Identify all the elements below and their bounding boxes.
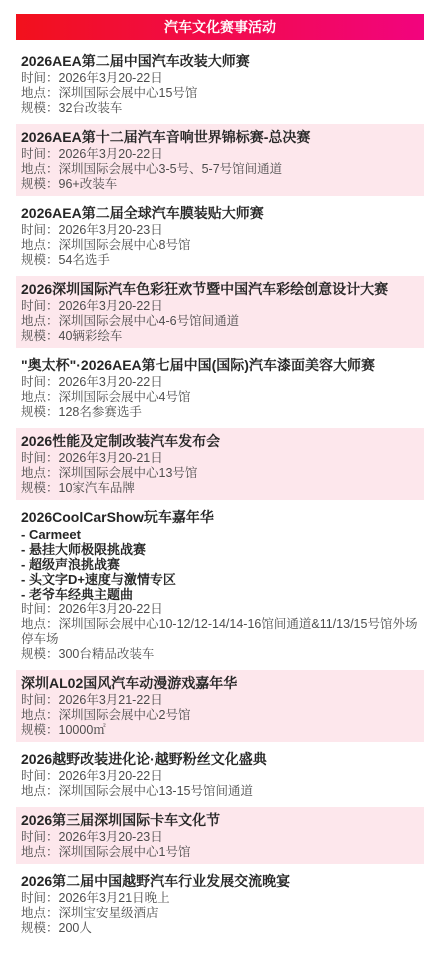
location-label: 地点： [21,906,59,920]
time-label: 时间： [21,602,59,616]
event-scale-row: 规模：128名参赛选手 [21,405,419,420]
event-block: 2026CoolCarShow玩车嘉年华 - Carmeet - 悬挂大师极限挑… [16,504,424,666]
location-label: 地点： [21,466,59,480]
location-label: 地点： [21,86,59,100]
scale-label: 规模： [21,177,59,191]
scale-value: 300台精品改装车 [59,647,155,661]
event-title: 2026深圳国际汽车色彩狂欢节暨中国汽车彩绘创意设计大赛 [21,280,419,298]
location-value: 深圳国际会展中心10-12/12-14/14-16馆间通道&11/13/15号馆… [21,617,417,646]
scale-label: 规模： [21,405,59,419]
event-block: 2026AEA第十二届汽车音响世界锦标赛-总决赛 时间：2026年3月20-22… [16,124,424,196]
event-bullet: - 超级声浪挑战赛 [21,557,419,572]
event-time-row: 时间：2026年3月20-23日 [21,223,419,238]
time-value: 2026年3月20-21日 [59,451,163,465]
time-value: 2026年3月20-22日 [59,147,163,161]
time-label: 时间： [21,693,59,707]
page: 汽车文化赛事活动 2026AEA第二届中国汽车改装大师赛 时间：2026年3月2… [0,0,440,958]
scale-value: 128名参赛选手 [59,405,142,419]
event-location-row: 地点：深圳国际会展中心2号馆 [21,708,419,723]
event-location-row: 地点：深圳国际会展中心13-15号馆间通道 [21,784,419,799]
location-label: 地点： [21,617,59,631]
event-title: 2026AEA第二届全球汽车膜装贴大师赛 [21,204,419,222]
time-label: 时间： [21,299,59,313]
page-header-banner: 汽车文化赛事活动 [16,14,424,40]
scale-label: 规模： [21,723,59,737]
time-label: 时间： [21,769,59,783]
location-label: 地点： [21,784,59,798]
event-title: 2026性能及定制改装汽车发布会 [21,432,419,450]
scale-label: 规模： [21,253,59,267]
event-time-row: 时间：2026年3月20-23日 [21,830,419,845]
time-value: 2026年3月20-22日 [59,299,163,313]
event-scale-row: 规模：32台改装车 [21,101,419,116]
event-location-row: 地点：深圳国际会展中心13号馆 [21,466,419,481]
event-time-row: 时间：2026年3月20-22日 [21,299,419,314]
scale-value: 96+改装车 [59,177,118,191]
time-label: 时间： [21,891,59,905]
event-location-row: 地点：深圳国际会展中心1号馆 [21,845,419,860]
event-title: "奥太杯"·2026AEA第七届中国(国际)汽车漆面美容大师赛 [21,356,419,374]
time-value: 2026年3月20-22日 [59,375,163,389]
time-value: 2026年3月20-23日 [59,830,163,844]
event-title: 2026CoolCarShow玩车嘉年华 [21,508,419,526]
location-value: 深圳国际会展中心3-5号、5-7号馆间通道 [59,162,283,176]
event-title: 2026第二届中国越野汽车行业发展交流晚宴 [21,872,419,890]
location-label: 地点： [21,314,59,328]
time-value: 2026年3月20-23日 [59,223,163,237]
scale-value: 10家汽车品牌 [59,481,135,495]
location-value: 深圳国际会展中心2号馆 [59,708,191,722]
time-label: 时间： [21,451,59,465]
event-block: 2026第三届深圳国际卡车文化节 时间：2026年3月20-23日 地点：深圳国… [16,807,424,864]
event-scale-row: 规模：10000㎡ [21,723,419,738]
scale-value: 200人 [59,921,92,935]
event-block: 2026第二届中国越野汽车行业发展交流晚宴 时间：2026年3月21日晚上 地点… [16,868,424,940]
scale-label: 规模： [21,329,59,343]
event-bullet: - 悬挂大师极限挑战赛 [21,542,419,557]
event-location-row: 地点：深圳国际会展中心4号馆 [21,390,419,405]
event-title: 深圳AL02国风汽车动漫游戏嘉年华 [21,674,419,692]
time-label: 时间： [21,71,59,85]
scale-label: 规模： [21,921,59,935]
location-label: 地点： [21,390,59,404]
time-value: 2026年3月20-22日 [59,602,163,616]
event-block: 2026越野改装进化论·越野粉丝文化盛典 时间：2026年3月20-22日 地点… [16,746,424,803]
location-value: 深圳国际会展中心13-15号馆间通道 [59,784,253,798]
event-scale-row: 规模：300台精品改装车 [21,647,419,662]
scale-value: 54名选手 [59,253,110,267]
event-block: "奥太杯"·2026AEA第七届中国(国际)汽车漆面美容大师赛 时间：2026年… [16,352,424,424]
location-value: 深圳国际会展中心1号馆 [59,845,191,859]
event-time-row: 时间：2026年3月20-22日 [21,147,419,162]
scale-value: 40辆彩绘车 [59,329,123,343]
event-title: 2026AEA第二届中国汽车改装大师赛 [21,52,419,70]
scale-value: 10000㎡ [59,723,106,737]
event-time-row: 时间：2026年3月21-22日 [21,693,419,708]
event-title: 2026越野改装进化论·越野粉丝文化盛典 [21,750,419,768]
location-value: 深圳国际会展中心4-6号馆间通道 [59,314,240,328]
time-value: 2026年3月20-22日 [59,769,163,783]
event-block: 2026深圳国际汽车色彩狂欢节暨中国汽车彩绘创意设计大赛 时间：2026年3月2… [16,276,424,348]
location-value: 深圳国际会展中心15号馆 [59,86,198,100]
event-time-row: 时间：2026年3月20-22日 [21,602,419,617]
time-label: 时间： [21,223,59,237]
event-scale-row: 规模：54名选手 [21,253,419,268]
event-block: 深圳AL02国风汽车动漫游戏嘉年华 时间：2026年3月21-22日 地点：深圳… [16,670,424,742]
page-title: 汽车文化赛事活动 [164,19,276,35]
event-scale-row: 规模：96+改装车 [21,177,419,192]
event-bullet: - 老爷车经典主题曲 [21,587,419,602]
event-location-row: 地点：深圳宝安星级酒店 [21,906,419,921]
event-title: 2026第三届深圳国际卡车文化节 [21,811,419,829]
event-title: 2026AEA第十二届汽车音响世界锦标赛-总决赛 [21,128,419,146]
event-location-row: 地点：深圳国际会展中心4-6号馆间通道 [21,314,419,329]
time-value: 2026年3月20-22日 [59,71,163,85]
event-scale-row: 规模：40辆彩绘车 [21,329,419,344]
event-scale-row: 规模：10家汽车品牌 [21,481,419,496]
event-time-row: 时间：2026年3月20-21日 [21,451,419,466]
event-time-row: 时间：2026年3月20-22日 [21,769,419,784]
event-location-row: 地点：深圳国际会展中心10-12/12-14/14-16馆间通道&11/13/1… [21,617,419,647]
time-value: 2026年3月21日晚上 [59,891,170,905]
scale-label: 规模： [21,101,59,115]
event-bullet: - 头文字D+速度与激情专区 [21,572,419,587]
event-bullet: - Carmeet [21,527,419,542]
event-block: 2026AEA第二届全球汽车膜装贴大师赛 时间：2026年3月20-23日 地点… [16,200,424,272]
location-label: 地点： [21,708,59,722]
event-location-row: 地点：深圳国际会展中心8号馆 [21,238,419,253]
event-block: 2026AEA第二届中国汽车改装大师赛 时间：2026年3月20-22日 地点：… [16,48,424,120]
event-location-row: 地点：深圳国际会展中心15号馆 [21,86,419,101]
event-time-row: 时间：2026年3月20-22日 [21,375,419,390]
location-value: 深圳国际会展中心8号馆 [59,238,191,252]
location-label: 地点： [21,162,59,176]
location-value: 深圳国际会展中心13号馆 [59,466,198,480]
time-value: 2026年3月21-22日 [59,693,163,707]
scale-label: 规模： [21,647,59,661]
event-time-row: 时间：2026年3月21日晚上 [21,891,419,906]
time-label: 时间： [21,830,59,844]
location-label: 地点： [21,238,59,252]
scale-value: 32台改装车 [59,101,123,115]
time-label: 时间： [21,375,59,389]
event-location-row: 地点：深圳国际会展中心3-5号、5-7号馆间通道 [21,162,419,177]
event-time-row: 时间：2026年3月20-22日 [21,71,419,86]
event-block: 2026性能及定制改装汽车发布会 时间：2026年3月20-21日 地点：深圳国… [16,428,424,500]
location-label: 地点： [21,845,59,859]
event-scale-row: 规模：200人 [21,921,419,936]
location-value: 深圳国际会展中心4号馆 [59,390,191,404]
location-value: 深圳宝安星级酒店 [59,906,159,920]
time-label: 时间： [21,147,59,161]
scale-label: 规模： [21,481,59,495]
